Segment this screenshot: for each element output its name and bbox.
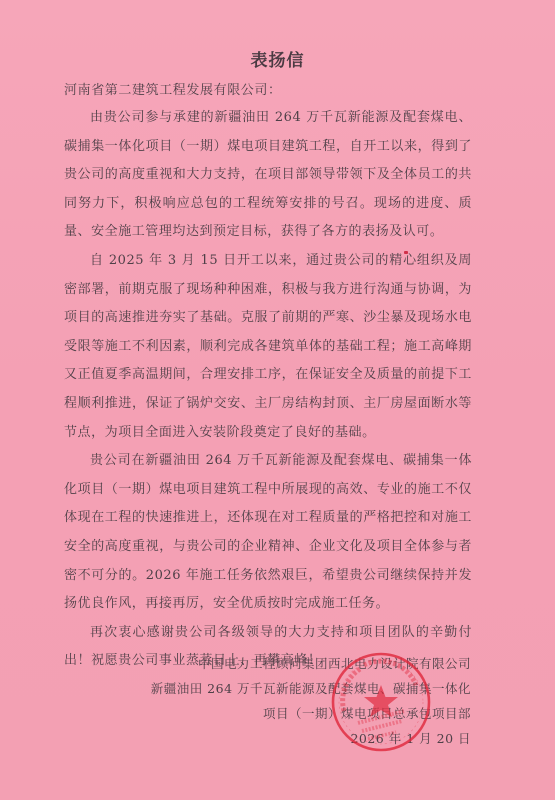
ink-speck (404, 251, 408, 254)
paragraph-1: 由贵公司参与承建的新疆油田 264 万千瓦新能源及配套煤电、碳捕集一体化项目（一… (64, 104, 472, 247)
paragraph-2: 自 2025 年 3 月 15 日开工以来，通过贵公司的精心组织及周密部署，前期… (64, 247, 472, 447)
salutation: 河南省第二建筑工程发展有限公司： (64, 79, 282, 98)
official-seal-star-icon (330, 651, 432, 753)
paragraph-3: 贵公司在新疆油田 264 万千瓦新能源及配套煤电、碳捕集一体化项目（一期）煤电项… (64, 447, 472, 619)
letter-page: 表扬信 河南省第二建筑工程发展有限公司： 由贵公司参与承建的新疆油田 264 万… (0, 0, 555, 800)
letter-title: 表扬信 (0, 46, 555, 71)
letter-body: 由贵公司参与承建的新疆油田 264 万千瓦新能源及配套煤电、碳捕集一体化项目（一… (64, 104, 472, 676)
